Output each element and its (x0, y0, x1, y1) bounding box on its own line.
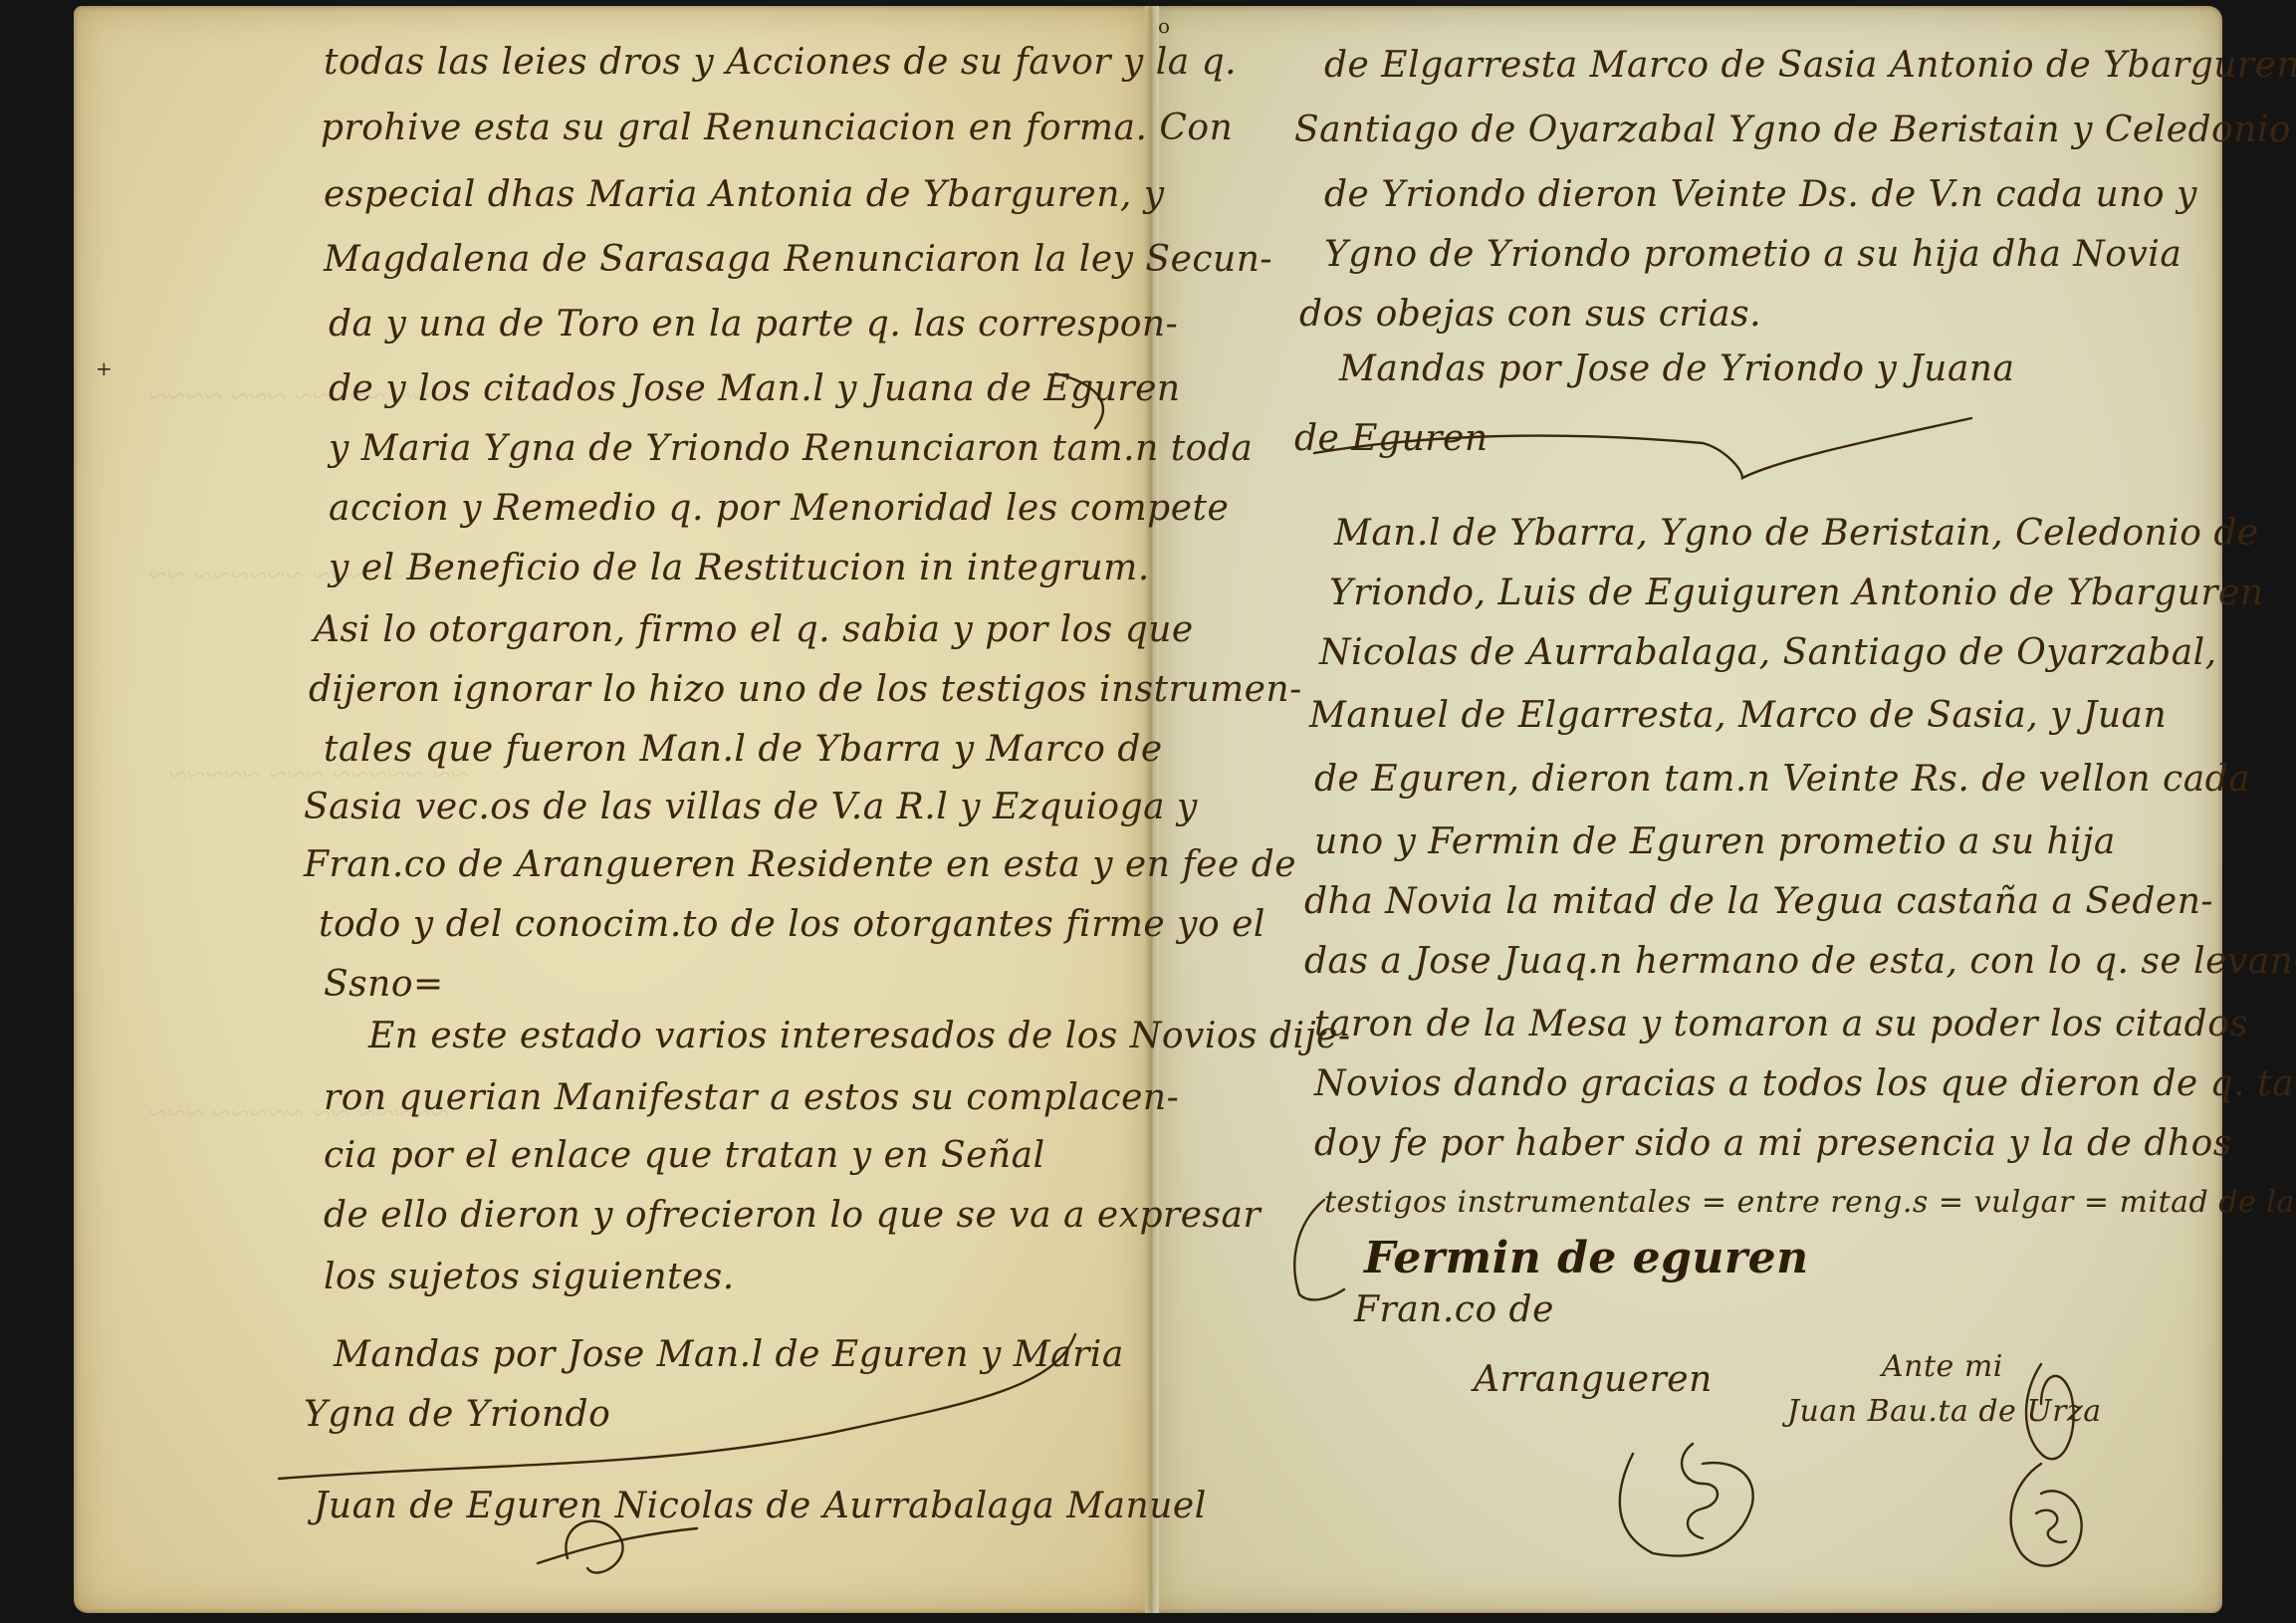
right-line-4: Ygno de Yriondo prometio a su hija dha N… (1324, 234, 2181, 275)
left-line-17: En este estado varios interesados de los… (368, 1016, 1351, 1056)
rubric-flourish-left (1573, 1414, 1812, 1573)
right-line-6: Mandas por Jose de Yriondo y Juana (1339, 348, 2014, 389)
right-line-15: das a Jose Juaq.n hermano de esta, con l… (1304, 941, 2296, 982)
left-line-18: ron querian Manifestar a estos su compla… (324, 1077, 1179, 1118)
right-line-5: dos obejas con sus crias. (1299, 294, 1761, 335)
margin-bracket (1284, 1195, 1364, 1314)
text-flourish (797, 353, 1135, 433)
rubric-flourish-right (1981, 1354, 2121, 1593)
left-line-16: Ssno= (324, 964, 444, 1005)
margin-cross-mark: + (96, 356, 113, 380)
right-line-19: testigos instrumentales = entre reng.s =… (1324, 1185, 2296, 1220)
right-line-3: de Yriondo dieron Veinte Ds. de V.n cada… (1324, 174, 2197, 215)
text-flourish (1284, 398, 2001, 518)
right-line-11: Manuel de Elgarresta, Marco de Sasia, y … (1309, 695, 2167, 736)
signature-francisco-de: Fran.co de (1354, 1289, 1554, 1330)
left-line-21: los sujetos siguientes. (324, 1257, 735, 1297)
page-mark-circle: o (1158, 14, 1170, 38)
right-line-14: dha Novia la mitad de la Yegua castaña a… (1304, 881, 2213, 922)
left-line-13: Sasia vec.os de las villas de V.a R.l y … (304, 787, 1198, 827)
signature-fermin-de-eguren: Fermin de eguren (1364, 1233, 1809, 1283)
left-line-4: Magdalena de Sarasaga Renunciaron la ley… (324, 239, 1272, 280)
right-line-9: Yriondo, Luis de Eguiguren Antonio de Yb… (1329, 573, 2264, 613)
left-line-15: todo y del conocim.to de los otorgantes … (319, 904, 1265, 945)
signature-arrangueren: Arrangueren (1474, 1359, 1713, 1400)
right-line-1: de Elgarresta Marco de Sasia Antonio de … (1324, 45, 2296, 86)
right-line-17: Novios dando gracias a todos los que die… (1314, 1063, 2296, 1104)
right-line-2: Santiago de Oyarzabal Ygno de Beristain … (1294, 110, 2291, 150)
left-line-19: cia por el enlace que tratan y en Señal (324, 1135, 1045, 1176)
left-line-8: accion y Remedio q. por Menoridad les co… (329, 488, 1229, 529)
left-line-7: y Maria Ygna de Yriondo Renunciaron tam.… (329, 428, 1253, 469)
left-line-3: especial dhas Maria Antonia de Ybarguren… (324, 174, 1165, 215)
left-line-1: todas las leies dros y Acciones de su fa… (324, 42, 1237, 83)
left-line-5: da y una de Toro en la parte q. las corr… (329, 304, 1178, 345)
left-line-12: tales que fueron Man.l de Ybarra y Marco… (324, 729, 1163, 770)
left-line-10: Asi lo otorgaron, firmo el q. sabia y po… (314, 609, 1194, 650)
right-line-10: Nicolas de Aurrabalaga, Santiago de Oyar… (1319, 632, 2217, 673)
right-line-12: de Eguren, dieron tam.n Veinte Rs. de ve… (1314, 759, 2250, 800)
right-line-8: Man.l de Ybarra, Ygno de Beristain, Cele… (1334, 513, 2259, 554)
right-line-13: uno y Fermin de Eguren prometio a su hij… (1314, 821, 2116, 862)
left-line-11: dijeron ignorar lo hizo uno de los testi… (309, 669, 1302, 710)
right-line-16: taron de la Mesa y tomaron a su poder lo… (1314, 1004, 2248, 1044)
right-line-18: doy fe por haber sido a mi presencia y l… (1314, 1123, 2232, 1164)
left-line-2: prohive esta su gral Renunciacion en for… (321, 108, 1233, 148)
signature-flourish (269, 1294, 1105, 1613)
left-line-9: y el Beneficio de la Restitucion in inte… (329, 548, 1150, 588)
left-line-20: de ello dieron y ofrecieron lo que se va… (324, 1195, 1261, 1236)
left-line-14: Fran.co de Arangueren Residente en esta … (304, 844, 1296, 885)
